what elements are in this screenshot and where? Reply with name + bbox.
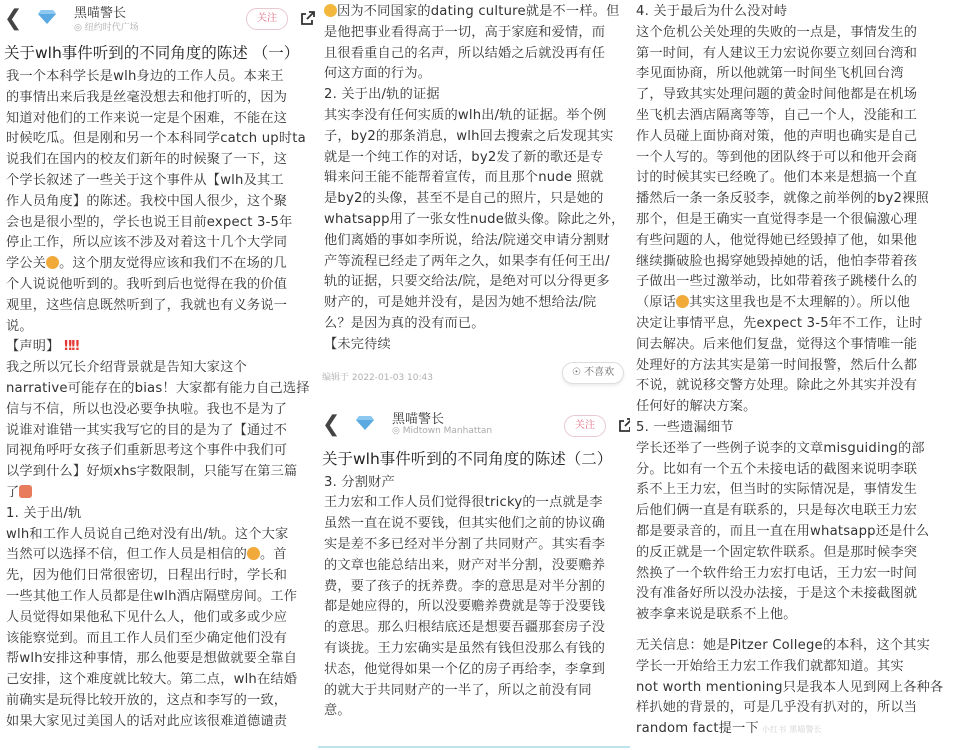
text-line: 该能察觉到。而且工作人员们至少确定他们没有 bbox=[0, 629, 318, 650]
text-line: 被李拿来说是联系不上他。 bbox=[630, 605, 955, 626]
text-line: 如果大家见过美国人的话对此应该很难道德谴责 bbox=[0, 712, 318, 733]
text-segment: 。这个朋友觉得应该和我们不在场的几 bbox=[59, 256, 287, 271]
text-line: 辑来问王能不能帮着宣传，而且那个nude 照就 bbox=[318, 168, 630, 189]
text-line: 作人员碰上面协商对策，他的声明也确实是自己 bbox=[630, 127, 955, 148]
text-line: narrative可能存在的bias！大家都有能力自己选择 bbox=[0, 379, 318, 400]
text-line: 观里，这些信息既然听到了，我就也有义务说一 bbox=[0, 296, 318, 317]
text-line: 子做出一些过激举动，比如带着孩子跳楼什么的 bbox=[630, 272, 955, 293]
edited-date: 编辑于 2022-01-03 10:43 bbox=[322, 370, 433, 383]
dislike-icon: ☉ bbox=[572, 367, 581, 378]
post-title: 关于wlh事件听到的不同角度的陈述 （一） bbox=[0, 42, 318, 64]
text-line: 费，要了孩子的抚养费。李的意思是对半分割的 bbox=[318, 577, 630, 598]
text-line: 停止工作，所以应该不涉及对着这十几个大学同 bbox=[0, 233, 318, 254]
share-icon[interactable] bbox=[300, 10, 316, 26]
text-line: 时候吃瓜。但是刚和另一个本科同学catch up时ta bbox=[0, 129, 318, 150]
text-line: 处理好的方法其实是第一时间报警，然后什么都 bbox=[630, 356, 955, 377]
text-line: 王力宏和工作人员们觉得很tricky的一点就是李 bbox=[318, 493, 630, 514]
sticker-emoji-icon bbox=[19, 485, 32, 498]
section-heading: 3. 分割财产 bbox=[318, 473, 630, 494]
crying-emoji-icon bbox=[676, 295, 689, 308]
post-column-1: ❮ 黑喵警长 ◎ 纽约时代广场 关注 关于wlh事件听到的不同角度的陈述 （一）… bbox=[0, 0, 318, 750]
post-footer: 编辑于 2022-01-03 10:43 ☉ 不喜欢 bbox=[318, 362, 630, 402]
text-line: 的事情出来后我是丝毫没想去和他打听的，因为 bbox=[0, 88, 318, 109]
section-heading: 5. 一些遗漏细节 bbox=[630, 418, 955, 439]
post-title: 关于wlh事件听到的不同角度的陈述（二） bbox=[318, 448, 630, 470]
text-line: 他们离婚的事如李所说，给法/院递交申请分割财 bbox=[318, 231, 630, 252]
dislike-label: 不喜欢 bbox=[584, 367, 614, 378]
spacer bbox=[630, 626, 955, 636]
statement-heading: 【声明】 ‼‼ bbox=[0, 337, 318, 358]
text-line: 子，by2的那条消息，wlh回去搜索之后发现其实 bbox=[318, 127, 630, 148]
text-segment: random fact提一下 bbox=[636, 721, 759, 736]
author-name[interactable]: 黑喵警长 bbox=[392, 408, 444, 427]
text-line: 前确实是玩得比较开放的，这点和李写的一致， bbox=[0, 691, 318, 712]
text-line: 个学长叙述了一些关于这个事件从【wlh及其工 bbox=[0, 171, 318, 192]
text-line: 播然后一条一条反驳李，就像之前举例的by2裸照 bbox=[630, 189, 955, 210]
text-line: 意。 bbox=[318, 701, 630, 722]
text-line: 因为不同国家的dating culture就是不一样。但 bbox=[318, 2, 630, 23]
text-line: 有些问题的人，他觉得她已经毁掉了他，如果他 bbox=[630, 231, 955, 252]
text-line: 说谁对谁错一其实我写它的目的是为了【通过不 bbox=[0, 421, 318, 442]
text-segment: 其实这里我也是不太理解的）。所以他 bbox=[689, 295, 910, 310]
text-line: 信与不信，所以也没必要争执啦。我也不是为了 bbox=[0, 400, 318, 421]
text-line: 不说，就说移交警方处理。除此之外其实并没有 bbox=[630, 376, 955, 397]
text-line: 知道对他们的工作来说一定是个困难，不能在这 bbox=[0, 109, 318, 130]
post-column-2: 因为不同国家的dating culture就是不一样。但 是他把事业看得高于一切… bbox=[318, 0, 630, 750]
post-body: 3. 分割财产 王力宏和工作人员们觉得很tricky的一点就是李 虽然一直在说不… bbox=[318, 473, 630, 723]
text-line: 产等流程已经走了两年之久，如果李有任何王出/ bbox=[318, 252, 630, 273]
text-line: 且很看重自己的名声，所以结婚之后就没再有任 bbox=[318, 44, 630, 65]
text-line: 么？是因为真的没有而已。 bbox=[318, 314, 630, 335]
text-line: whatsapp用了一张女性nude做头像。除此之外， bbox=[318, 210, 630, 231]
text-line: 分。比如有一个五个未接电话的截图来说明李联 bbox=[630, 460, 955, 481]
section-heading: 4. 关于最后为什么没对峙 bbox=[630, 2, 955, 23]
author-name[interactable]: 黑喵警长 bbox=[74, 2, 126, 21]
text-line: 人员觉得如果他私下见什么人，他们或多或少应 bbox=[0, 608, 318, 629]
text-line: 间去解决。后来他们复盘，觉得这个事情唯一能 bbox=[630, 335, 955, 356]
chevron-left-icon[interactable]: ❮ bbox=[322, 412, 340, 438]
text-line: 无关信息：她是Pitzer College的本科，这个其实 bbox=[630, 636, 955, 657]
smile-emoji-icon bbox=[324, 4, 337, 17]
text-line: 以学到什么】好烦xhs字数限制，只能写在第三篇 bbox=[0, 462, 318, 483]
statement-label: 【声明】 bbox=[6, 339, 60, 354]
text-line: 的就大于共同财产的一半了，所以之前没有同 bbox=[318, 681, 630, 702]
text-line: （原话其实这里我也是不太理解的）。所以他 bbox=[630, 293, 955, 314]
text-line: 一些其他工作人员都是住wlh酒店隔壁房间。工作 bbox=[0, 587, 318, 608]
text-line: 决定让事情平息，先expect 3-5年不工作，让时 bbox=[630, 314, 955, 335]
text-line: 那个，但是王确实一直觉得李是一个很偏激心理 bbox=[630, 210, 955, 231]
crying-emoji-icon bbox=[46, 256, 59, 269]
watermark: 小红书 黑喵警长 bbox=[762, 720, 822, 741]
text-line: 没有准备好所以没办法接，于是这个未接截图就 bbox=[630, 584, 955, 605]
text-line: 任何好的解决方案。 bbox=[630, 397, 955, 418]
text-line: 作人员角度】的陈述。我校中国人很少，这个聚 bbox=[0, 192, 318, 213]
text-line: 了 bbox=[0, 483, 318, 504]
text-line: 轨的证据，只要交给法/院，是绝对可以分得更多 bbox=[318, 272, 630, 293]
text-line: random fact提一下小红书 黑喵警长 bbox=[630, 719, 955, 741]
post-body-continued: 因为不同国家的dating culture就是不一样。但 是他把事业看得高于一切… bbox=[318, 0, 630, 356]
text-line: 系不上王力宏，但当时的实际情况是，事情发生 bbox=[630, 480, 955, 501]
post-column-3: 4. 关于最后为什么没对峙 这个危机公关处理的失败的一点是，事情发生的 第一时间… bbox=[630, 0, 955, 750]
text-line: 其实李没有任何实质的wlh出/轨的证据。举个例 bbox=[318, 106, 630, 127]
text-line: 是他把事业看得高于一切，高于家庭和爱情，而 bbox=[318, 23, 630, 44]
double-exclamation-icon: ‼‼ bbox=[64, 339, 79, 354]
location-label: ◎ 纽约时代广场 bbox=[74, 20, 139, 33]
text-line: 样扒她的背景的，可是几乎没有扒对的，所以当 bbox=[630, 698, 955, 719]
text-line: 有谈拢。王力宏确实是虽然有钱但没那么有钱的 bbox=[318, 639, 630, 660]
text-line: 坐飞机去酒店隔离等等，自己一个人，没能和工 bbox=[630, 106, 955, 127]
text-line: 帮wlh安排这种事情，那么他要是想做就要全靠自 bbox=[0, 649, 318, 670]
text-line: 的文章也能总结出来，财产对半分割，没要赡养 bbox=[318, 556, 630, 577]
text-line: 会也是很小型的，学长也说王目前expect 3-5年 bbox=[0, 213, 318, 234]
diamond-icon bbox=[38, 10, 56, 24]
post-body: 我一个本科学长是wlh身边的工作人员。本来王 的事情出来后我是丝毫没想去和他打听… bbox=[0, 67, 318, 733]
text-line: 讨的时候其实已经晚了。他们本来是想搞一个直 bbox=[630, 168, 955, 189]
text-line: 己安排，这个难度就比较大。第二点，wlh在结婚 bbox=[0, 670, 318, 691]
text-line: 的意思。那么归根结底还是想要吾疆那套房子没 bbox=[318, 618, 630, 639]
text-segment: 了 bbox=[6, 485, 19, 500]
text-line: 说我们在国内的校友们新年的时候聚了一下，这 bbox=[0, 150, 318, 171]
text-line: 就是一个纯工作的对话，by2发了新的歌还是专 bbox=[318, 148, 630, 169]
section-heading: 1. 关于出/轨 bbox=[0, 504, 318, 525]
text-line: 实是差不多已经对半分割了共同财产。其实看李 bbox=[318, 535, 630, 556]
post-body-continued: 4. 关于最后为什么没对峙 这个危机公关处理的失败的一点是，事情发生的 第一时间… bbox=[630, 0, 955, 741]
text-line: 个人说说他听到的。我听到后也觉得在我的价值 bbox=[0, 275, 318, 296]
text-line: 先，因为他们日常很密切，日程出行时，学长和 bbox=[0, 566, 318, 587]
text-segment: 。首 bbox=[260, 547, 287, 562]
text-line: 当然可以选择不信，但工作人员是相信的。首 bbox=[0, 545, 318, 566]
text-segment: 当然可以选择不信，但工作人员是相信的 bbox=[6, 547, 247, 562]
text-line: 学长还举了一些例子说李的文章misguiding的部 bbox=[630, 439, 955, 460]
crying-emoji-icon bbox=[247, 547, 260, 560]
text-line: 后他们俩一直是有联系的，只是每次电联王力宏 bbox=[630, 501, 955, 522]
text-line: wlh和工作人员说自己绝对没有出/轨。这个大家 bbox=[0, 525, 318, 546]
to-be-continued: 【未完待续 bbox=[318, 335, 630, 356]
text-line: 第一时间，有人建议王力宏说你要立刻回台湾和 bbox=[630, 44, 955, 65]
text-segment: 学公关 bbox=[6, 256, 46, 271]
text-line: 学公关。这个朋友觉得应该和我们不在场的几 bbox=[0, 254, 318, 275]
post-header: ❮ 黑喵警长 ◎ 纽约时代广场 关注 bbox=[0, 0, 318, 40]
text-line: 这个危机公关处理的失败的一点是，事情发生的 bbox=[630, 23, 955, 44]
text-segment: 因为不同国家的dating culture就是不一样。但 bbox=[337, 4, 619, 19]
text-line: 我之所以冗长介绍背景就是告知大家这个 bbox=[0, 358, 318, 379]
follow-button[interactable]: 关注 bbox=[564, 415, 606, 437]
text-line: 一个人写的。等到他的团队终于可以和他开会商 bbox=[630, 148, 955, 169]
location-label: ◎ Midtown Manhattan bbox=[392, 426, 492, 436]
text-line: 学长一开始给王力宏工作我们就都知道。其实 bbox=[630, 657, 955, 678]
text-line: 同视角呼吁女孩子们重新思考这个事件中我们可 bbox=[0, 441, 318, 462]
text-line: 财产的，可是她并没有，是因为她不想给法/院 bbox=[318, 293, 630, 314]
text-line: 李见面协商，所以他就第一时间坐飞机回台湾 bbox=[630, 64, 955, 85]
text-line: 说。 bbox=[0, 317, 318, 338]
post-header: ❮ 黑喵警长 ◎ Midtown Manhattan 关注 bbox=[318, 406, 630, 446]
text-line: 虽然一直在说不要钱，但其实他们之前的协议确 bbox=[318, 514, 630, 535]
text-line: 都是要录音的，而且一直在用whatsapp还是什么 bbox=[630, 522, 955, 543]
divider bbox=[318, 746, 630, 748]
text-line: not worth mentioning只是我本人见到网上各种各 bbox=[630, 678, 955, 699]
chevron-left-icon[interactable]: ❮ bbox=[4, 6, 22, 32]
dislike-button[interactable]: ☉ 不喜欢 bbox=[562, 362, 624, 384]
diamond-icon bbox=[356, 416, 374, 430]
text-line: 的反正就是一个固定软件联系。但是那时候李突 bbox=[630, 543, 955, 564]
section-heading: 2. 关于出/轨的证据 bbox=[318, 85, 630, 106]
text-segment: （原话 bbox=[636, 295, 676, 310]
text-line: 状态，他觉得如果一个亿的房子再给李，李拿到 bbox=[318, 660, 630, 681]
text-line: 都是她应得的，所以没要赡养费就是等于没要钱 bbox=[318, 597, 630, 618]
text-line: 是by2的头像，甚至不是自己的照片，只是她的 bbox=[318, 189, 630, 210]
text-line: 继续撕破脸也揭穿她毁掉她的话，他怕李带着孩 bbox=[630, 252, 955, 273]
text-line: 我一个本科学长是wlh身边的工作人员。本来王 bbox=[0, 67, 318, 88]
text-line: 然换了一个软件给王力宏打电话，王力宏一时间 bbox=[630, 564, 955, 585]
follow-button[interactable]: 关注 bbox=[246, 8, 288, 30]
text-line: 了，导致其实处理问题的黄金时间他都是在机场 bbox=[630, 85, 955, 106]
share-icon[interactable] bbox=[618, 417, 630, 433]
text-line: 何这方面的行为。 bbox=[318, 64, 630, 85]
